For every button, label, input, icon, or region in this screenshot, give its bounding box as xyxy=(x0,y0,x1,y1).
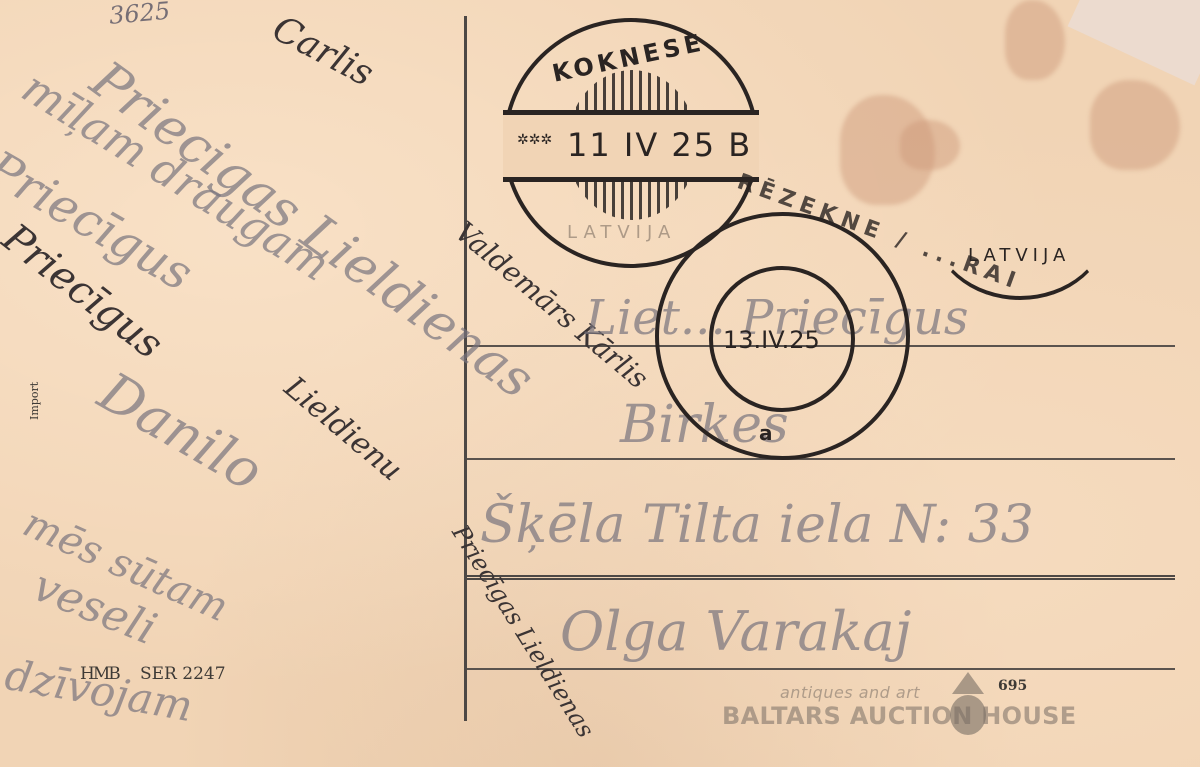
water-stain xyxy=(1005,0,1065,80)
postcard-back: 3625 Priecigas Lieldienas mīļam draugam … xyxy=(0,0,1200,767)
publisher-mark: HMB xyxy=(80,664,119,684)
watermark-name: BALTARS AUCTION HOUSE xyxy=(722,702,1076,730)
postmark-country: LATVIJA xyxy=(968,245,1070,266)
auction-watermark: antiques and art BALTARS AUCTION HOUSE xyxy=(722,700,1122,740)
series-label: SER 2247 xyxy=(140,664,226,684)
watermark-tagline: antiques and art xyxy=(780,683,920,702)
ink-note: Lieldienu xyxy=(278,370,409,488)
water-stain xyxy=(900,120,960,170)
postmark-stars: ✲✲✲ xyxy=(517,132,552,148)
import-label: Import xyxy=(28,382,41,420)
address-line xyxy=(467,575,1175,580)
corner-fold xyxy=(1068,0,1200,85)
address-text: Šķēla Tilta iela N: 33 xyxy=(480,495,1034,555)
postmark-country: LATVIJA xyxy=(567,222,676,243)
message-line: dzīvojam xyxy=(1,650,196,731)
crown-icon xyxy=(952,672,984,694)
address-line xyxy=(467,458,1175,460)
inventory-number: 3625 xyxy=(108,0,171,30)
postmark-second: RĒZEKNE / ...RAI 13.IV.25 a xyxy=(655,212,910,460)
postmark-partial: LATVIJA xyxy=(930,145,1110,300)
card-number: 695 xyxy=(998,678,1027,694)
address-text: Olga Varakaj xyxy=(560,600,911,663)
ink-note: Carlis xyxy=(266,8,380,95)
postmark-letter: a xyxy=(759,421,773,445)
postmark-date: 13.IV.25 xyxy=(723,326,820,354)
message-line: Danilo xyxy=(89,360,274,503)
postmark-date: 11 IV 25 B xyxy=(567,126,752,164)
water-stain xyxy=(1090,80,1180,170)
address-line xyxy=(467,668,1175,670)
